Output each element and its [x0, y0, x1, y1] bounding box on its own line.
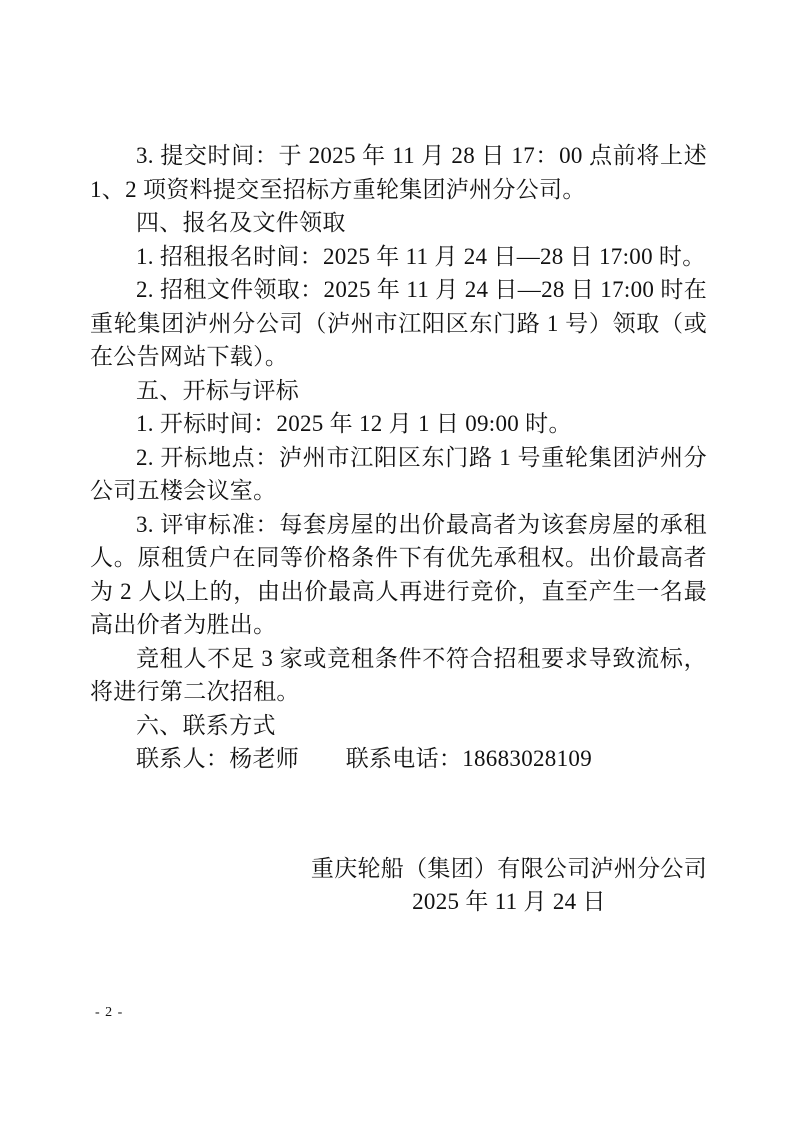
- signature-company: 重庆轮船（集团）有限公司泸州分公司: [311, 852, 707, 886]
- para-contact-info: 联系人：杨老师 联系电话：18683028109: [90, 742, 707, 776]
- heading-section-4-registration: 四、报名及文件领取: [90, 206, 707, 240]
- signature-block: 重庆轮船（集团）有限公司泸州分公司 2025 年 11 月 24 日: [90, 852, 707, 919]
- para-failed-bid-clause: 竞租人不足 3 家或竞租条件不符合招租要求导致流标，将进行第二次招租。: [90, 642, 707, 709]
- document-page: 3. 提交时间：于 2025 年 11 月 28 日 17：00 点前将上述 1…: [0, 0, 793, 1122]
- signature-date: 2025 年 11 月 24 日: [311, 885, 707, 919]
- signature-inner: 重庆轮船（集团）有限公司泸州分公司 2025 年 11 月 24 日: [311, 852, 707, 919]
- para-evaluation-criteria: 3. 评审标准：每套房屋的出价最高者为该套房屋的承租人。原租赁户在同等价格条件下…: [90, 508, 707, 642]
- para-bid-opening-time: 1. 开标时间：2025 年 12 月 1 日 09:00 时。: [90, 407, 707, 441]
- para-registration-time: 1. 招租报名时间：2025 年 11 月 24 日—28 日 17:00 时。: [90, 240, 707, 274]
- para-submission-time: 3. 提交时间：于 2025 年 11 月 28 日 17：00 点前将上述 1…: [90, 139, 707, 206]
- heading-section-6-contact: 六、联系方式: [90, 709, 707, 743]
- heading-section-5-bid-opening: 五、开标与评标: [90, 374, 707, 408]
- para-document-collection: 2. 招租文件领取：2025 年 11 月 24 日—28 日 17:00 时在…: [90, 273, 707, 374]
- page-number: - 2 -: [95, 1003, 123, 1023]
- para-bid-opening-location: 2. 开标地点：泸州市江阳区东门路 1 号重轮集团泸州分公司五楼会议室。: [90, 441, 707, 508]
- document-body: 3. 提交时间：于 2025 年 11 月 28 日 17：00 点前将上述 1…: [90, 139, 707, 919]
